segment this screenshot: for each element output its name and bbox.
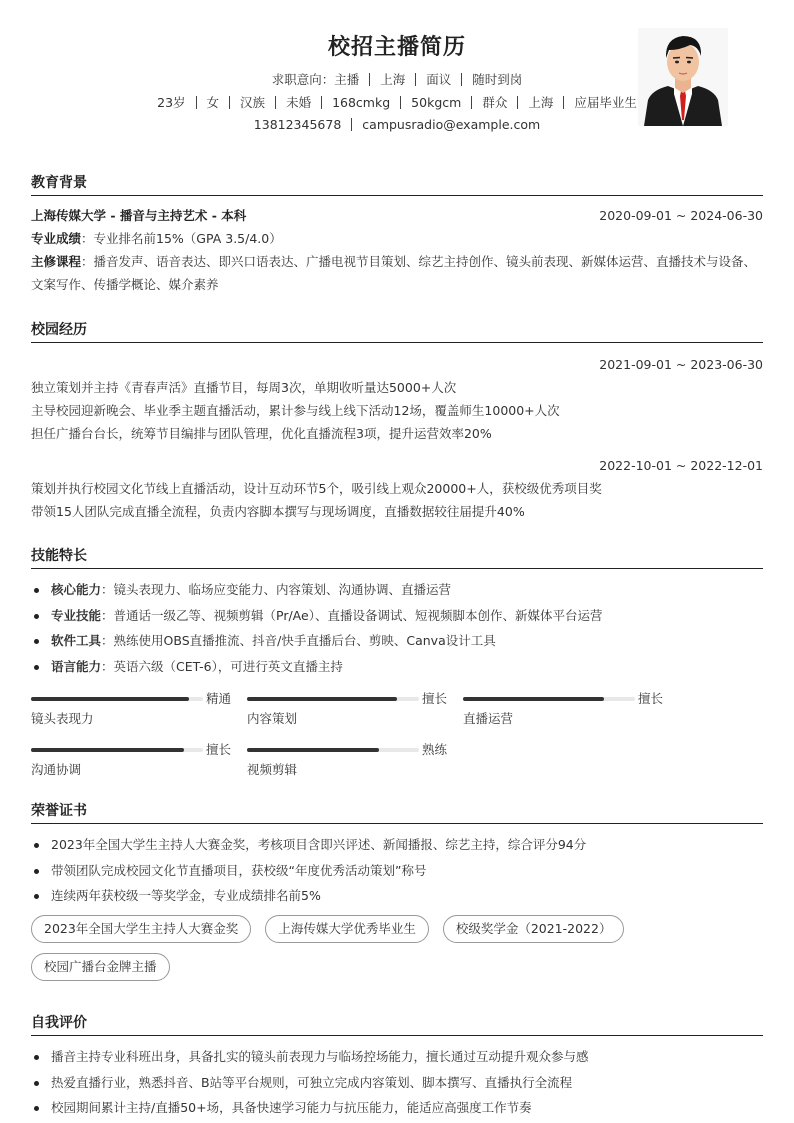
skill-label: 专业技能 <box>51 608 101 623</box>
skill-bar: 擅长 沟通协调 <box>31 740 217 784</box>
school-major-degree: 上海传媒大学 - 播音与主持艺术 - 本科 <box>31 204 246 227</box>
intent-position: 主播 <box>334 72 359 87</box>
skill-label: 核心能力 <box>51 582 101 597</box>
divider <box>400 96 401 109</box>
section-education: 教育背景 上海传媒大学 - 播音与主持艺术 - 本科 2020-09-01 ~ … <box>31 172 763 296</box>
divider <box>461 73 462 86</box>
skill-level: 擅长 <box>638 689 663 707</box>
marital-status: 未婚 <box>286 95 311 110</box>
age: 23岁 <box>157 95 185 110</box>
weight: 50kgcm <box>411 95 461 110</box>
courses-label: 主修课程 <box>31 254 81 269</box>
skill-bar: 精通 镜头表现力 <box>31 689 217 733</box>
divider <box>369 73 370 86</box>
intent-availability: 随时到岗 <box>472 72 522 87</box>
honor-tags: 2023年全国大学生主持人大赛金奖 上海传媒大学优秀毕业生 校级奖学金（2021… <box>31 915 763 981</box>
ethnicity: 汉族 <box>240 95 265 110</box>
score-text: ：专业排名前15%（GPA 3.5/4.0） <box>81 231 282 246</box>
section-title: 荣誉证书 <box>31 800 763 824</box>
experience-line: 主导校园迎新晚会、毕业季主题直播活动，累计参与线上线下活动12场，覆盖师生100… <box>31 399 763 422</box>
experience-date: 2022-10-01 ~ 2022-12-01 <box>599 454 763 477</box>
resume-page: 校招主播简历 求职意向：主播上海面议随时到岗 23岁女汉族未婚168cmkg50… <box>0 0 794 1123</box>
self-evaluation-list: 播音主持专业科班出身，具备扎实的镜头前表现力与临场控场能力，擅长通过互动提升观众… <box>31 1044 763 1121</box>
divider <box>471 96 472 109</box>
avatar <box>638 28 728 126</box>
skill-name: 直播运营 <box>463 709 513 727</box>
divider <box>351 118 352 131</box>
section-title: 自我评价 <box>31 1012 763 1036</box>
progress-fill <box>247 748 379 752</box>
skill-level: 熟练 <box>422 740 447 758</box>
education-score: 专业成绩：专业排名前15%（GPA 3.5/4.0） <box>31 227 763 250</box>
honor-tag: 上海传媒大学优秀毕业生 <box>265 915 429 943</box>
email: campusradio@example.com <box>362 117 540 132</box>
political-status: 群众 <box>482 95 507 110</box>
honor-item: 连续两年获校级一等奖学金，专业成绩排名前5% <box>31 883 763 909</box>
progress-fill <box>31 697 189 701</box>
skill-label: 软件工具 <box>51 633 101 648</box>
skill-name: 沟通协调 <box>31 760 81 778</box>
score-label: 专业成绩 <box>31 231 81 246</box>
height: 168cmkg <box>332 95 390 110</box>
section-title: 教育背景 <box>31 172 763 196</box>
honor-tag: 校园广播台金牌主播 <box>31 953 170 981</box>
progress-fill <box>31 748 184 752</box>
divider <box>229 96 230 109</box>
honors-list: 2023年全国大学生主持人大赛金奖，考核项目含即兴评述、新闻播报、综艺主持，综合… <box>31 832 763 909</box>
section-campus-experience: 校园经历 2021-09-01 ~ 2023-06-30 独立策划并主持《青春声… <box>31 319 763 523</box>
divider <box>415 73 416 86</box>
section-title: 校园经历 <box>31 319 763 343</box>
progress-fill <box>463 697 604 701</box>
skill-text: ：英语六级（CET-6），可进行英文直播主持 <box>101 659 343 674</box>
experience-line: 独立策划并主持《青春声活》直播节目，每周3次，单期收听量达5000+人次 <box>31 376 763 399</box>
intent-city: 上海 <box>380 72 405 87</box>
skill-text: ：镜头表现力、临场应变能力、内容策划、沟通协调、直播运营 <box>101 582 451 597</box>
honor-item: 2023年全国大学生主持人大赛金奖，考核项目含即兴评述、新闻播报、综艺主持，综合… <box>31 832 763 858</box>
skill-text: ：普通话一级乙等、视频剪辑（Pr/Ae）、直播设备调试、短视频脚本创作、新媒体平… <box>101 608 602 623</box>
skill-name: 视频剪辑 <box>247 760 297 778</box>
skill-label: 语言能力 <box>51 659 101 674</box>
skill-item: 专业技能：普通话一级乙等、视频剪辑（Pr/Ae）、直播设备调试、短视频脚本创作、… <box>31 603 763 629</box>
intent-salary: 面议 <box>426 72 451 87</box>
divider <box>275 96 276 109</box>
skill-level: 擅长 <box>422 689 447 707</box>
self-evaluation-item: 校园期间累计主持/直播50+场，具备快速学习能力与抗压能力，能适应高强度工作节奏 <box>31 1095 763 1121</box>
education-courses: 主修课程：播音发声、语音表达、即兴口语表达、广播电视节目策划、综艺主持创作、镜头… <box>31 250 763 296</box>
skill-item: 核心能力：镜头表现力、临场应变能力、内容策划、沟通协调、直播运营 <box>31 577 763 603</box>
progress-track <box>31 748 203 752</box>
section-self-evaluation: 自我评价 播音主持专业科班出身，具备扎实的镜头前表现力与临场控场能力，擅长通过互… <box>31 1012 763 1121</box>
skill-bar: 熟练 视频剪辑 <box>247 740 433 784</box>
skill-level: 擅长 <box>206 740 231 758</box>
honor-tag: 校级奖学金（2021-2022） <box>443 915 625 943</box>
self-evaluation-item: 热爱直播行业，熟悉抖音、B站等平台规则，可独立完成内容策划、脚本撰写、直播执行全… <box>31 1070 763 1096</box>
skill-level: 精通 <box>206 689 231 707</box>
skill-bar: 擅长 内容策划 <box>247 689 433 733</box>
resume-header: 校招主播简历 求职意向：主播上海面议随时到岗 23岁女汉族未婚168cmkg50… <box>31 0 763 150</box>
divider <box>196 96 197 109</box>
divider <box>563 96 564 109</box>
intent-label: 求职意向： <box>272 72 335 87</box>
skill-name: 镜头表现力 <box>31 709 94 727</box>
experience-entry-header: 2021-09-01 ~ 2023-06-30 <box>31 353 763 376</box>
education-entry-header: 上海传媒大学 - 播音与主持艺术 - 本科 2020-09-01 ~ 2024-… <box>31 204 763 227</box>
honor-tag: 2023年全国大学生主持人大赛金奖 <box>31 915 251 943</box>
experience-line: 策划并执行校园文化节线上直播活动，设计互动环节5个，吸引线上观众20000+人，… <box>31 477 763 500</box>
location: 上海 <box>528 95 553 110</box>
experience-line: 担任广播台台长，统筹节目编排与团队管理，优化直播流程3项，提升运营效率20% <box>31 422 763 445</box>
honor-item: 带领团队完成校园文化节直播项目，获校级“年度优秀活动策划”称号 <box>31 858 763 884</box>
skill-item: 语言能力：英语六级（CET-6），可进行英文直播主持 <box>31 654 763 680</box>
phone: 13812345678 <box>254 117 341 132</box>
self-evaluation-item: 播音主持专业科班出身，具备扎实的镜头前表现力与临场控场能力，擅长通过互动提升观众… <box>31 1044 763 1070</box>
skill-name: 内容策划 <box>247 709 297 727</box>
experience-entry-header: 2022-10-01 ~ 2022-12-01 <box>31 454 763 477</box>
skill-bar: 擅长 直播运营 <box>463 689 649 733</box>
progress-track <box>463 697 635 701</box>
gender: 女 <box>207 95 220 110</box>
progress-fill <box>247 697 397 701</box>
divider <box>517 96 518 109</box>
divider <box>321 96 322 109</box>
progress-track <box>247 697 419 701</box>
skills-list: 核心能力：镜头表现力、临场应变能力、内容策划、沟通协调、直播运营 专业技能：普通… <box>31 577 763 679</box>
courses-text: ：播音发声、语音表达、即兴口语表达、广播电视节目策划、综艺主持创作、镜头前表现、… <box>31 254 756 292</box>
experience-line: 带领15人团队完成直播全流程，负责内容脚本撰写与现场调度，直播数据较往届提升40… <box>31 500 763 523</box>
progress-track <box>247 748 419 752</box>
section-honors: 荣誉证书 2023年全国大学生主持人大赛金奖，考核项目含即兴评述、新闻播报、综艺… <box>31 800 763 981</box>
graduate-status: 应届毕业生 <box>574 95 637 110</box>
experience-date: 2021-09-01 ~ 2023-06-30 <box>599 353 763 376</box>
progress-track <box>31 697 203 701</box>
section-skills: 技能特长 核心能力：镜头表现力、临场应变能力、内容策划、沟通协调、直播运营 专业… <box>31 545 763 789</box>
skill-bars: 精通 镜头表现力 擅长 内容策划 擅长 直播运营 擅长 沟通协调 熟练 <box>31 689 763 789</box>
skill-item: 软件工具：熟练使用OBS直播推流、抖音/快手直播后台、剪映、Canva设计工具 <box>31 628 763 654</box>
section-title: 技能特长 <box>31 545 763 569</box>
skill-text: ：熟练使用OBS直播推流、抖音/快手直播后台、剪映、Canva设计工具 <box>101 633 496 648</box>
avatar-portrait-icon <box>638 28 728 126</box>
education-date: 2020-09-01 ~ 2024-06-30 <box>599 204 763 227</box>
